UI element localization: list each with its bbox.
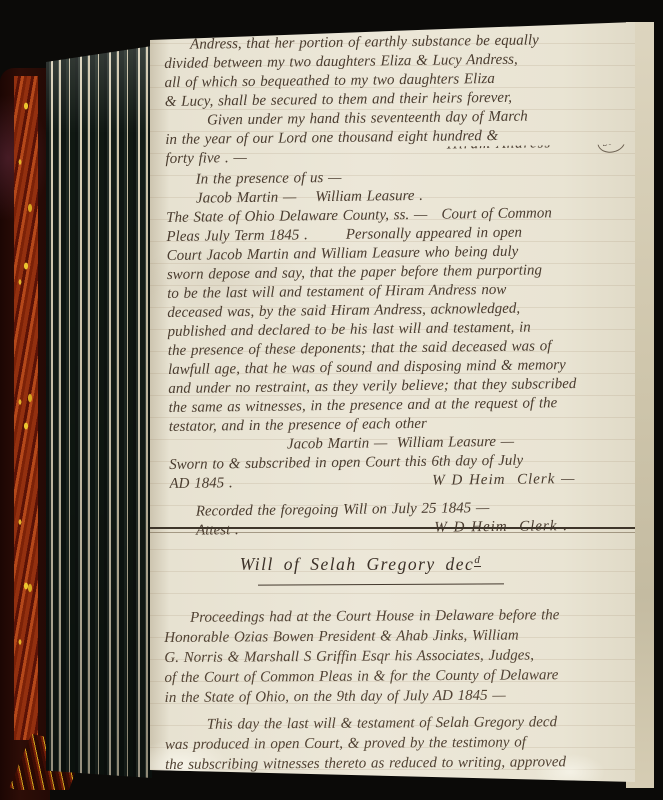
handwritten-line: the subscribing witnesses thereto as red… bbox=[165, 752, 629, 775]
top-shadow-band bbox=[0, 0, 663, 22]
handwritten-line: in the State of Ohio, on the 9th day of … bbox=[165, 685, 629, 708]
stacked-page-edges bbox=[46, 46, 152, 778]
heading-underline bbox=[258, 583, 504, 585]
section-heading-text: Will of Selah Gregory dec bbox=[240, 554, 475, 574]
clerk-signature: W D Heim Clerk — bbox=[432, 470, 575, 491]
heading-superscript: d bbox=[474, 554, 481, 567]
marbled-endpaper-strip bbox=[14, 76, 38, 740]
archival-photo: { "photo": { "description_colors": { "ba… bbox=[0, 0, 663, 800]
handwritten-line: AD 1845 . bbox=[169, 474, 232, 494]
ledger-page: 394. Andress, that her portion of earthl… bbox=[150, 22, 635, 782]
handwritten-line: forty five . — bbox=[165, 149, 247, 169]
will-andress-record: Andress, that her portion of earthly sub… bbox=[164, 30, 634, 541]
testator-signature: Hiram Andress bbox=[447, 144, 552, 154]
section-heading: Will of Selah Gregory decd bbox=[118, 554, 603, 575]
will-gregory-record: Proceedings had at the Court House in De… bbox=[164, 605, 629, 775]
handwritten-line: Proceedings had at the Court House in De… bbox=[164, 605, 628, 628]
seal-mark: Seal bbox=[596, 144, 627, 155]
section-divider-rule bbox=[150, 527, 635, 533]
